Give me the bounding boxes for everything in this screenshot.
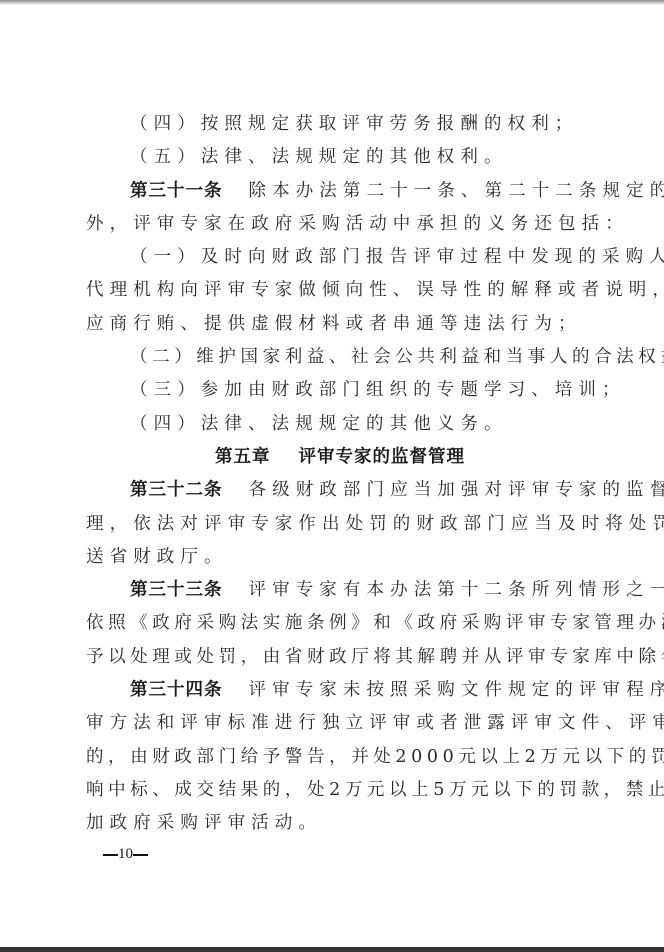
article-title: 第三十三条 [130,580,223,600]
document-page: （四）按照规定获取评审劳务报酬的权利； （五）法律、法规规定的其他权利。 第三十… [86,108,586,841]
article-text: 的，由财政部门给予警告，并处2000元以上2万元以下的罚款;影 [86,741,586,774]
chapter-heading: 第五章评审专家的监督管理 [86,441,586,474]
page-number: 10 [103,846,148,863]
dash-right [133,854,148,856]
article-title: 第三十二条 [130,480,223,500]
viewer-bottom-bar [0,947,664,952]
article-title: 第三十四条 [130,680,223,700]
list-item: （二）维护国家利益、社会公共利益和当事人的合法权益； [86,341,586,374]
article-text: 响中标、成交结果的，处2万元以上5万元以下的罚款，禁止其参 [86,774,586,807]
page-number-value: 10 [118,846,133,863]
article-text: 予以处理或处罚，由省财政厅将其解聘并从评审专家库中除名。 [86,641,586,674]
article-text: 评审专家有本办法第十二条所列情形之一的， [249,580,664,600]
list-item: （三）参加由财政部门组织的专题学习、培训； [86,374,586,407]
article-text: 评审专家未按照采购文件规定的评审程序、评 [249,680,664,700]
article-text: 审方法和评审标准进行独立评审或者泄露评审文件、评审情况 [86,707,586,740]
list-item: （四）法律、法规规定的其他义务。 [86,408,586,441]
list-item: （五）法律、法规规定的其他权利。 [86,141,586,174]
article-text: 理，依法对评审专家作出处罚的财政部门应当及时将处罚情况抄 [86,508,586,541]
article-31: 第三十一条除本办法第二十一条、第二十二条规定的情形 [86,175,586,208]
article-32: 第三十二条各级财政部门应当加强对评审专家的监督管 [86,474,586,507]
article-text: 加政府采购评审活动。 [86,807,586,840]
list-item-continued: 代理机构向评审专家做倾向性、误导性的解释或者说明，以及供 [86,274,586,307]
list-item-continued: 应商行贿、提供虚假材料或者串通等违法行为； [86,308,586,341]
chapter-number: 第五章 [215,447,271,467]
dash-left [103,854,118,856]
list-item: （四）按照规定获取评审劳务报酬的权利； [86,108,586,141]
article-33: 第三十三条评审专家有本办法第十二条所列情形之一的， [86,574,586,607]
article-text: 除本办法第二十一条、第二十二条规定的情形 [249,181,664,201]
article-text: 各级财政部门应当加强对评审专家的监督管 [249,480,664,500]
article-34: 第三十四条评审专家未按照采购文件规定的评审程序、评 [86,674,586,707]
list-item: （一）及时向财政部门报告评审过程中发现的采购人、采购 [86,241,586,274]
article-text: 外，评审专家在政府采购活动中承担的义务还包括： [86,208,586,241]
article-text: 送省财政厅。 [86,541,586,574]
article-text: 依照《政府采购法实施条例》和《政府采购评审专家管理办法》 [86,607,586,640]
article-title: 第三十一条 [130,181,223,201]
viewer-top-edge [0,0,664,5]
chapter-title: 评审专家的监督管理 [299,447,466,467]
